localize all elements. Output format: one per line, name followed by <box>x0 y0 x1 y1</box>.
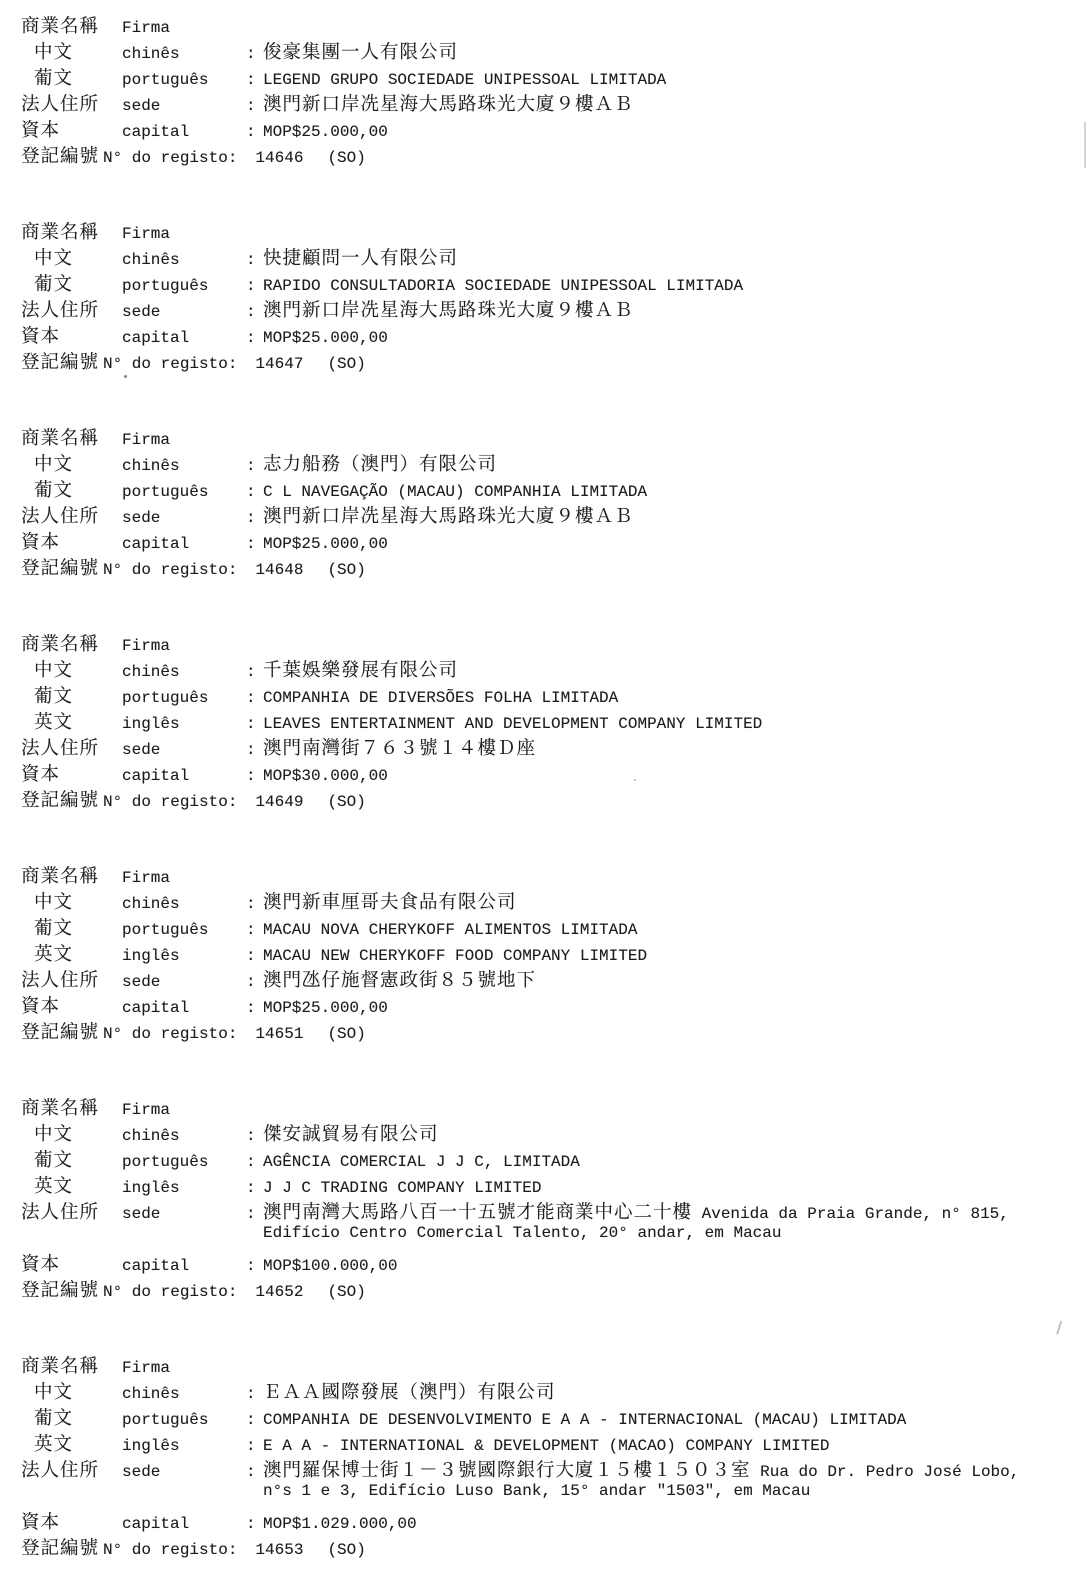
capital-row: 資本 capital : MOP$25.000,00 <box>21 116 1089 142</box>
value-chinese-name: 快捷顧問一人有限公司 <box>263 244 458 270</box>
value-sede-line2: n°s 1 e 3, Edifício Luso Bank, 15° andar… <box>263 1482 810 1500</box>
label-portuguese-pt: português <box>122 689 246 707</box>
label-registo-zh: 登記編號 <box>21 1276 103 1302</box>
value-chinese-name: 澳門新車厘哥夫食品有限公司 <box>263 888 517 914</box>
registration-number: 14648 <box>255 561 303 579</box>
colon: : <box>246 1463 263 1481</box>
label-firma-zh: 商業名稱 <box>21 1094 122 1120</box>
company-record-5: 商業名稱 Firma 中文 chinês : 澳門新車厘哥夫食品有限公司 葡文 … <box>21 862 1089 1044</box>
chinese-name-row: 中文 chinês : 志力船務（澳門）有限公司 <box>21 450 1089 476</box>
label-firma-pt: Firma <box>122 1359 246 1377</box>
value-capital: MOP$25.000,00 <box>263 329 388 347</box>
label-firma-pt: Firma <box>122 225 246 243</box>
registration-row: 登記編號 N° do registo: 14653 (SO) <box>21 1534 1089 1560</box>
colon: : <box>246 97 263 115</box>
label-firma-pt: Firma <box>122 637 246 655</box>
registration-row: 登記編號 N° do registo: 14651 (SO) <box>21 1018 1089 1044</box>
value-sede-line2: Edifício Centro Comercial Talento, 20° a… <box>263 1224 781 1242</box>
label-firma-zh: 商業名稱 <box>21 218 122 244</box>
colon: : <box>246 457 263 475</box>
label-sede-zh: 法人住所 <box>21 296 122 322</box>
colon: : <box>246 251 263 269</box>
label-sede-zh: 法人住所 <box>21 966 122 992</box>
label-registo-zh: 登記編號 <box>21 142 103 168</box>
value-portuguese-name: RAPIDO CONSULTADORIA SOCIEDADE UNIPESSOA… <box>263 277 743 295</box>
firma-header-row: 商業名稱 Firma <box>21 630 1089 656</box>
capital-row: 資本 capital : MOP$25.000,00 <box>21 992 1089 1018</box>
capital-row: 資本 capital : MOP$25.000,00 <box>21 528 1089 554</box>
label-registo-pt: N° do registo: <box>103 1541 237 1559</box>
sede-continuation-row: n°s 1 e 3, Edifício Luso Bank, 15° andar… <box>21 1482 1089 1508</box>
company-record-7: 商業名稱 Firma 中文 chinês : ＥＡＡ國際發展（澳門）有限公司 葡… <box>21 1352 1089 1560</box>
label-english-zh: 英文 <box>21 1430 122 1456</box>
label-english-pt: inglês <box>122 715 246 733</box>
value-sede: 澳門氹仔施督憲政街８５號地下 <box>263 966 536 992</box>
capital-row: 資本 capital : MOP$1.029.000,00 <box>21 1508 1089 1534</box>
value-portuguese-name: COMPANHIA DE DIVERSÕES FOLHA LIMITADA <box>263 689 618 707</box>
value-sede: 澳門羅保博士街１－３號國際銀行大廈１５樓１５０３室 Rua do Dr. Ped… <box>263 1456 1019 1482</box>
value-capital: MOP$100.000,00 <box>263 1257 397 1275</box>
registration-number: 14652 <box>255 1283 303 1301</box>
registration-suffix: (SO) <box>327 561 365 579</box>
chinese-name-row: 中文 chinês : 俊豪集團一人有限公司 <box>21 38 1089 64</box>
value-portuguese-name: LEGEND GRUPO SOCIEDADE UNIPESSOAL LIMITA… <box>263 71 666 89</box>
label-chinese-zh: 中文 <box>21 450 122 476</box>
colon: : <box>246 329 263 347</box>
company-record-3: 商業名稱 Firma 中文 chinês : 志力船務（澳門）有限公司 葡文 p… <box>21 424 1089 580</box>
value-portuguese-name: COMPANHIA DE DESENVOLVIMENTO E A A - INT… <box>263 1411 906 1429</box>
chinese-name-row: 中文 chinês : 傑安誠貿易有限公司 <box>21 1120 1089 1146</box>
firma-header-row: 商業名稱 Firma <box>21 1352 1089 1378</box>
colon: : <box>246 663 263 681</box>
label-capital-pt: capital <box>122 535 246 553</box>
value-capital: MOP$25.000,00 <box>263 999 388 1017</box>
label-capital-pt: capital <box>122 767 246 785</box>
value-sede: 澳門新口岸冼星海大馬路珠光大廈９樓ＡＢ <box>263 90 634 116</box>
colon: : <box>246 123 263 141</box>
label-english-zh: 英文 <box>21 940 122 966</box>
portuguese-name-row: 葡文 português : C L NAVEGAÇÃO (MACAU) COM… <box>21 476 1089 502</box>
value-sede: 澳門南灣大馬路八百一十五號才能商業中心二十樓 Avenida da Praia … <box>263 1198 1009 1224</box>
label-firma-pt: Firma <box>122 19 246 37</box>
value-english-name: LEAVES ENTERTAINMENT AND DEVELOPMENT COM… <box>263 715 762 733</box>
colon: : <box>246 1411 263 1429</box>
value-sede: 澳門南灣街７６３號１４樓Ｄ座 <box>263 734 536 760</box>
registration-row: 登記編號 N° do registo: 14648 (SO) <box>21 554 1089 580</box>
registration-suffix: (SO) <box>327 149 365 167</box>
company-record-6: 商業名稱 Firma 中文 chinês : 傑安誠貿易有限公司 葡文 port… <box>21 1094 1089 1302</box>
value-capital: MOP$1.029.000,00 <box>263 1515 417 1533</box>
chinese-name-row: 中文 chinês : 澳門新車厘哥夫食品有限公司 <box>21 888 1089 914</box>
value-sede-latin-part: Rua do Dr. Pedro José Lobo, <box>751 1463 1020 1481</box>
value-chinese-name: 千葉娛樂發展有限公司 <box>263 656 458 682</box>
label-chinese-pt: chinês <box>122 45 246 63</box>
label-chinese-pt: chinês <box>122 663 246 681</box>
chinese-name-row: 中文 chinês : ＥＡＡ國際發展（澳門）有限公司 <box>21 1378 1089 1404</box>
registration-row: 登記編號 N° do registo: 14647 (SO) <box>21 348 1089 374</box>
colon: : <box>246 303 263 321</box>
label-sede-zh: 法人住所 <box>21 734 122 760</box>
value-portuguese-name: C L NAVEGAÇÃO (MACAU) COMPANHIA LIMITADA <box>263 483 647 501</box>
portuguese-name-row: 葡文 português : RAPIDO CONSULTADORIA SOCI… <box>21 270 1089 296</box>
sede-row: 法人住所 sede : 澳門新口岸冼星海大馬路珠光大廈９樓ＡＢ <box>21 90 1089 116</box>
label-portuguese-zh: 葡文 <box>21 476 122 502</box>
colon: : <box>246 1205 263 1223</box>
label-registo-pt: N° do registo: <box>103 793 237 811</box>
value-sede: 澳門新口岸冼星海大馬路珠光大廈９樓ＡＢ <box>263 502 634 528</box>
company-record-2: 商業名稱 Firma 中文 chinês : 快捷顧問一人有限公司 葡文 por… <box>21 218 1089 374</box>
label-capital-zh: 資本 <box>21 1250 122 1276</box>
registration-row: 登記編號 N° do registo: 14646 (SO) <box>21 142 1089 168</box>
value-sede-chinese-part: 澳門南灣大馬路八百一十五號才能商業中心二十樓 <box>263 1202 692 1223</box>
portuguese-name-row: 葡文 português : AGÊNCIA COMERCIAL J J C, … <box>21 1146 1089 1172</box>
sede-row: 法人住所 sede : 澳門羅保博士街１－３號國際銀行大廈１５樓１５０３室 Ru… <box>21 1456 1089 1482</box>
label-firma-zh: 商業名稱 <box>21 630 122 656</box>
label-sede-zh: 法人住所 <box>21 1198 122 1224</box>
label-chinese-pt: chinês <box>122 251 246 269</box>
firma-header-row: 商業名稱 Firma <box>21 12 1089 38</box>
label-firma-zh: 商業名稱 <box>21 424 122 450</box>
value-chinese-name: ＥＡＡ國際發展（澳門）有限公司 <box>263 1378 556 1404</box>
label-chinese-pt: chinês <box>122 457 246 475</box>
sede-row: 法人住所 sede : 澳門南灣大馬路八百一十五號才能商業中心二十樓 Aveni… <box>21 1198 1089 1224</box>
colon: : <box>246 947 263 965</box>
registration-suffix: (SO) <box>327 1025 365 1043</box>
label-firma-zh: 商業名稱 <box>21 862 122 888</box>
colon: : <box>246 1515 263 1533</box>
label-portuguese-zh: 葡文 <box>21 270 122 296</box>
portuguese-name-row: 葡文 português : COMPANHIA DE DESENVOLVIME… <box>21 1404 1089 1430</box>
label-sede-pt: sede <box>122 303 246 321</box>
colon: : <box>246 1385 263 1403</box>
label-registo-zh: 登記編號 <box>21 786 103 812</box>
colon: : <box>246 509 263 527</box>
label-chinese-zh: 中文 <box>21 888 122 914</box>
label-portuguese-zh: 葡文 <box>21 682 122 708</box>
label-chinese-zh: 中文 <box>21 244 122 270</box>
colon: : <box>246 999 263 1017</box>
label-registo-zh: 登記編號 <box>21 1018 103 1044</box>
firma-header-row: 商業名稱 Firma <box>21 1094 1089 1120</box>
colon: : <box>246 483 263 501</box>
capital-row: 資本 capital : MOP$100.000,00 <box>21 1250 1089 1276</box>
company-record-1: 商業名稱 Firma 中文 chinês : 俊豪集團一人有限公司 葡文 por… <box>21 12 1089 168</box>
label-capital-pt: capital <box>122 999 246 1017</box>
value-english-name: E A A - INTERNATIONAL & DEVELOPMENT (MAC… <box>263 1437 830 1455</box>
colon: : <box>246 1257 263 1275</box>
label-portuguese-pt: português <box>122 277 246 295</box>
registration-number: 14651 <box>255 1025 303 1043</box>
label-chinese-zh: 中文 <box>21 1378 122 1404</box>
scan-artifact-dot <box>124 375 127 378</box>
colon: : <box>246 689 263 707</box>
label-firma-zh: 商業名稱 <box>21 1352 122 1378</box>
registration-suffix: (SO) <box>327 1541 365 1559</box>
sede-row: 法人住所 sede : 澳門新口岸冼星海大馬路珠光大廈９樓ＡＢ <box>21 502 1089 528</box>
label-english-pt: inglês <box>122 1179 246 1197</box>
label-portuguese-zh: 葡文 <box>21 1404 122 1430</box>
label-capital-pt: capital <box>122 1257 246 1275</box>
label-chinese-pt: chinês <box>122 1127 246 1145</box>
label-capital-zh: 資本 <box>21 760 122 786</box>
company-record-4: 商業名稱 Firma 中文 chinês : 千葉娛樂發展有限公司 葡文 por… <box>21 630 1089 812</box>
label-english-pt: inglês <box>122 947 246 965</box>
label-registo-pt: N° do registo: <box>103 1025 237 1043</box>
sede-row: 法人住所 sede : 澳門新口岸冼星海大馬路珠光大廈９樓ＡＢ <box>21 296 1089 322</box>
colon: : <box>246 767 263 785</box>
label-portuguese-zh: 葡文 <box>21 64 122 90</box>
label-portuguese-pt: português <box>122 1411 246 1429</box>
label-chinese-zh: 中文 <box>21 1120 122 1146</box>
colon: : <box>246 1179 263 1197</box>
label-portuguese-pt: português <box>122 1153 246 1171</box>
value-portuguese-name: MACAU NOVA CHERYKOFF ALIMENTOS LIMITADA <box>263 921 637 939</box>
registration-row: 登記編號 N° do registo: 14652 (SO) <box>21 1276 1089 1302</box>
label-sede-zh: 法人住所 <box>21 502 122 528</box>
chinese-name-row: 中文 chinês : 快捷顧問一人有限公司 <box>21 244 1089 270</box>
label-chinese-zh: 中文 <box>21 38 122 64</box>
registration-suffix: (SO) <box>327 355 365 373</box>
colon: : <box>246 535 263 553</box>
english-name-row: 英文 inglês : MACAU NEW CHERYKOFF FOOD COM… <box>21 940 1089 966</box>
firma-header-row: 商業名稱 Firma <box>21 218 1089 244</box>
value-sede-latin-part: Avenida da Praia Grande, n° 815, <box>692 1205 1009 1223</box>
label-sede-zh: 法人住所 <box>21 1456 122 1482</box>
label-capital-zh: 資本 <box>21 1508 122 1534</box>
label-registo-zh: 登記編號 <box>21 348 103 374</box>
value-english-name: J J C TRADING COMPANY LIMITED <box>263 1179 541 1197</box>
colon: : <box>246 921 263 939</box>
colon: : <box>246 277 263 295</box>
label-firma-pt: Firma <box>122 1101 246 1119</box>
label-english-zh: 英文 <box>21 708 122 734</box>
english-name-row: 英文 inglês : E A A - INTERNATIONAL & DEVE… <box>21 1430 1089 1456</box>
label-english-zh: 英文 <box>21 1172 122 1198</box>
label-registo-pt: N° do registo: <box>103 149 237 167</box>
value-capital: MOP$25.000,00 <box>263 535 388 553</box>
label-english-pt: inglês <box>122 1437 246 1455</box>
firma-header-row: 商業名稱 Firma <box>21 862 1089 888</box>
colon: : <box>246 45 263 63</box>
colon: : <box>246 895 263 913</box>
label-chinese-pt: chinês <box>122 895 246 913</box>
portuguese-name-row: 葡文 português : LEGEND GRUPO SOCIEDADE UN… <box>21 64 1089 90</box>
value-capital: MOP$25.000,00 <box>263 123 388 141</box>
label-sede-pt: sede <box>122 509 246 527</box>
label-firma-pt: Firma <box>122 431 246 449</box>
label-capital-zh: 資本 <box>21 322 122 348</box>
label-capital-pt: capital <box>122 123 246 141</box>
label-portuguese-zh: 葡文 <box>21 914 122 940</box>
label-capital-zh: 資本 <box>21 116 122 142</box>
portuguese-name-row: 葡文 português : COMPANHIA DE DIVERSÕES FO… <box>21 682 1089 708</box>
label-firma-zh: 商業名稱 <box>21 12 122 38</box>
label-portuguese-zh: 葡文 <box>21 1146 122 1172</box>
label-sede-zh: 法人住所 <box>21 90 122 116</box>
registration-suffix: (SO) <box>327 793 365 811</box>
registry-page: 商業名稱 Firma 中文 chinês : 俊豪集團一人有限公司 葡文 por… <box>0 0 1089 1560</box>
label-portuguese-pt: português <box>122 921 246 939</box>
registration-suffix: (SO) <box>327 1283 365 1301</box>
firma-header-row: 商業名稱 Firma <box>21 424 1089 450</box>
sede-row: 法人住所 sede : 澳門氹仔施督憲政街８５號地下 <box>21 966 1089 992</box>
value-capital: MOP$30.000,00 <box>263 767 388 785</box>
label-registo-pt: N° do registo: <box>103 1283 237 1301</box>
colon: : <box>246 1437 263 1455</box>
value-portuguese-name: AGÊNCIA COMERCIAL J J C, LIMITADA <box>263 1153 580 1171</box>
scan-artifact-edge <box>1084 122 1086 168</box>
label-portuguese-pt: português <box>122 483 246 501</box>
value-english-name: MACAU NEW CHERYKOFF FOOD COMPANY LIMITED <box>263 947 647 965</box>
english-name-row: 英文 inglês : J J C TRADING COMPANY LIMITE… <box>21 1172 1089 1198</box>
scan-artifact-dot <box>634 779 636 781</box>
label-chinese-pt: chinês <box>122 1385 246 1403</box>
label-registo-pt: N° do registo: <box>103 561 237 579</box>
colon: : <box>246 1153 263 1171</box>
colon: : <box>246 741 263 759</box>
label-registo-zh: 登記編號 <box>21 554 103 580</box>
registration-number: 14653 <box>255 1541 303 1559</box>
registration-row: 登記編號 N° do registo: 14649 (SO) <box>21 786 1089 812</box>
chinese-name-row: 中文 chinês : 千葉娛樂發展有限公司 <box>21 656 1089 682</box>
registration-number: 14646 <box>255 149 303 167</box>
value-chinese-name: 志力船務（澳門）有限公司 <box>263 450 497 476</box>
label-portuguese-pt: português <box>122 71 246 89</box>
value-chinese-name: 俊豪集團一人有限公司 <box>263 38 458 64</box>
label-chinese-zh: 中文 <box>21 656 122 682</box>
colon: : <box>246 71 263 89</box>
label-capital-zh: 資本 <box>21 992 122 1018</box>
label-capital-pt: capital <box>122 1515 246 1533</box>
colon: : <box>246 715 263 733</box>
label-registo-pt: N° do registo: <box>103 355 237 373</box>
label-sede-pt: sede <box>122 97 246 115</box>
value-sede: 澳門新口岸冼星海大馬路珠光大廈９樓ＡＢ <box>263 296 634 322</box>
label-sede-pt: sede <box>122 1205 246 1223</box>
label-registo-zh: 登記編號 <box>21 1534 103 1560</box>
label-sede-pt: sede <box>122 741 246 759</box>
registration-number: 14649 <box>255 793 303 811</box>
label-capital-zh: 資本 <box>21 528 122 554</box>
capital-row: 資本 capital : MOP$25.000,00 <box>21 322 1089 348</box>
colon: : <box>246 973 263 991</box>
label-firma-pt: Firma <box>122 869 246 887</box>
label-sede-pt: sede <box>122 1463 246 1481</box>
capital-row: 資本 capital : MOP$30.000,00 <box>21 760 1089 786</box>
value-chinese-name: 傑安誠貿易有限公司 <box>263 1120 439 1146</box>
label-sede-pt: sede <box>122 973 246 991</box>
colon: : <box>246 1127 263 1145</box>
registration-number: 14647 <box>255 355 303 373</box>
portuguese-name-row: 葡文 português : MACAU NOVA CHERYKOFF ALIM… <box>21 914 1089 940</box>
sede-continuation-row: Edifício Centro Comercial Talento, 20° a… <box>21 1224 1089 1250</box>
label-capital-pt: capital <box>122 329 246 347</box>
english-name-row: 英文 inglês : LEAVES ENTERTAINMENT AND DEV… <box>21 708 1089 734</box>
value-sede-chinese-part: 澳門羅保博士街１－３號國際銀行大廈１５樓１５０３室 <box>263 1460 751 1481</box>
sede-row: 法人住所 sede : 澳門南灣街７６３號１４樓Ｄ座 <box>21 734 1089 760</box>
